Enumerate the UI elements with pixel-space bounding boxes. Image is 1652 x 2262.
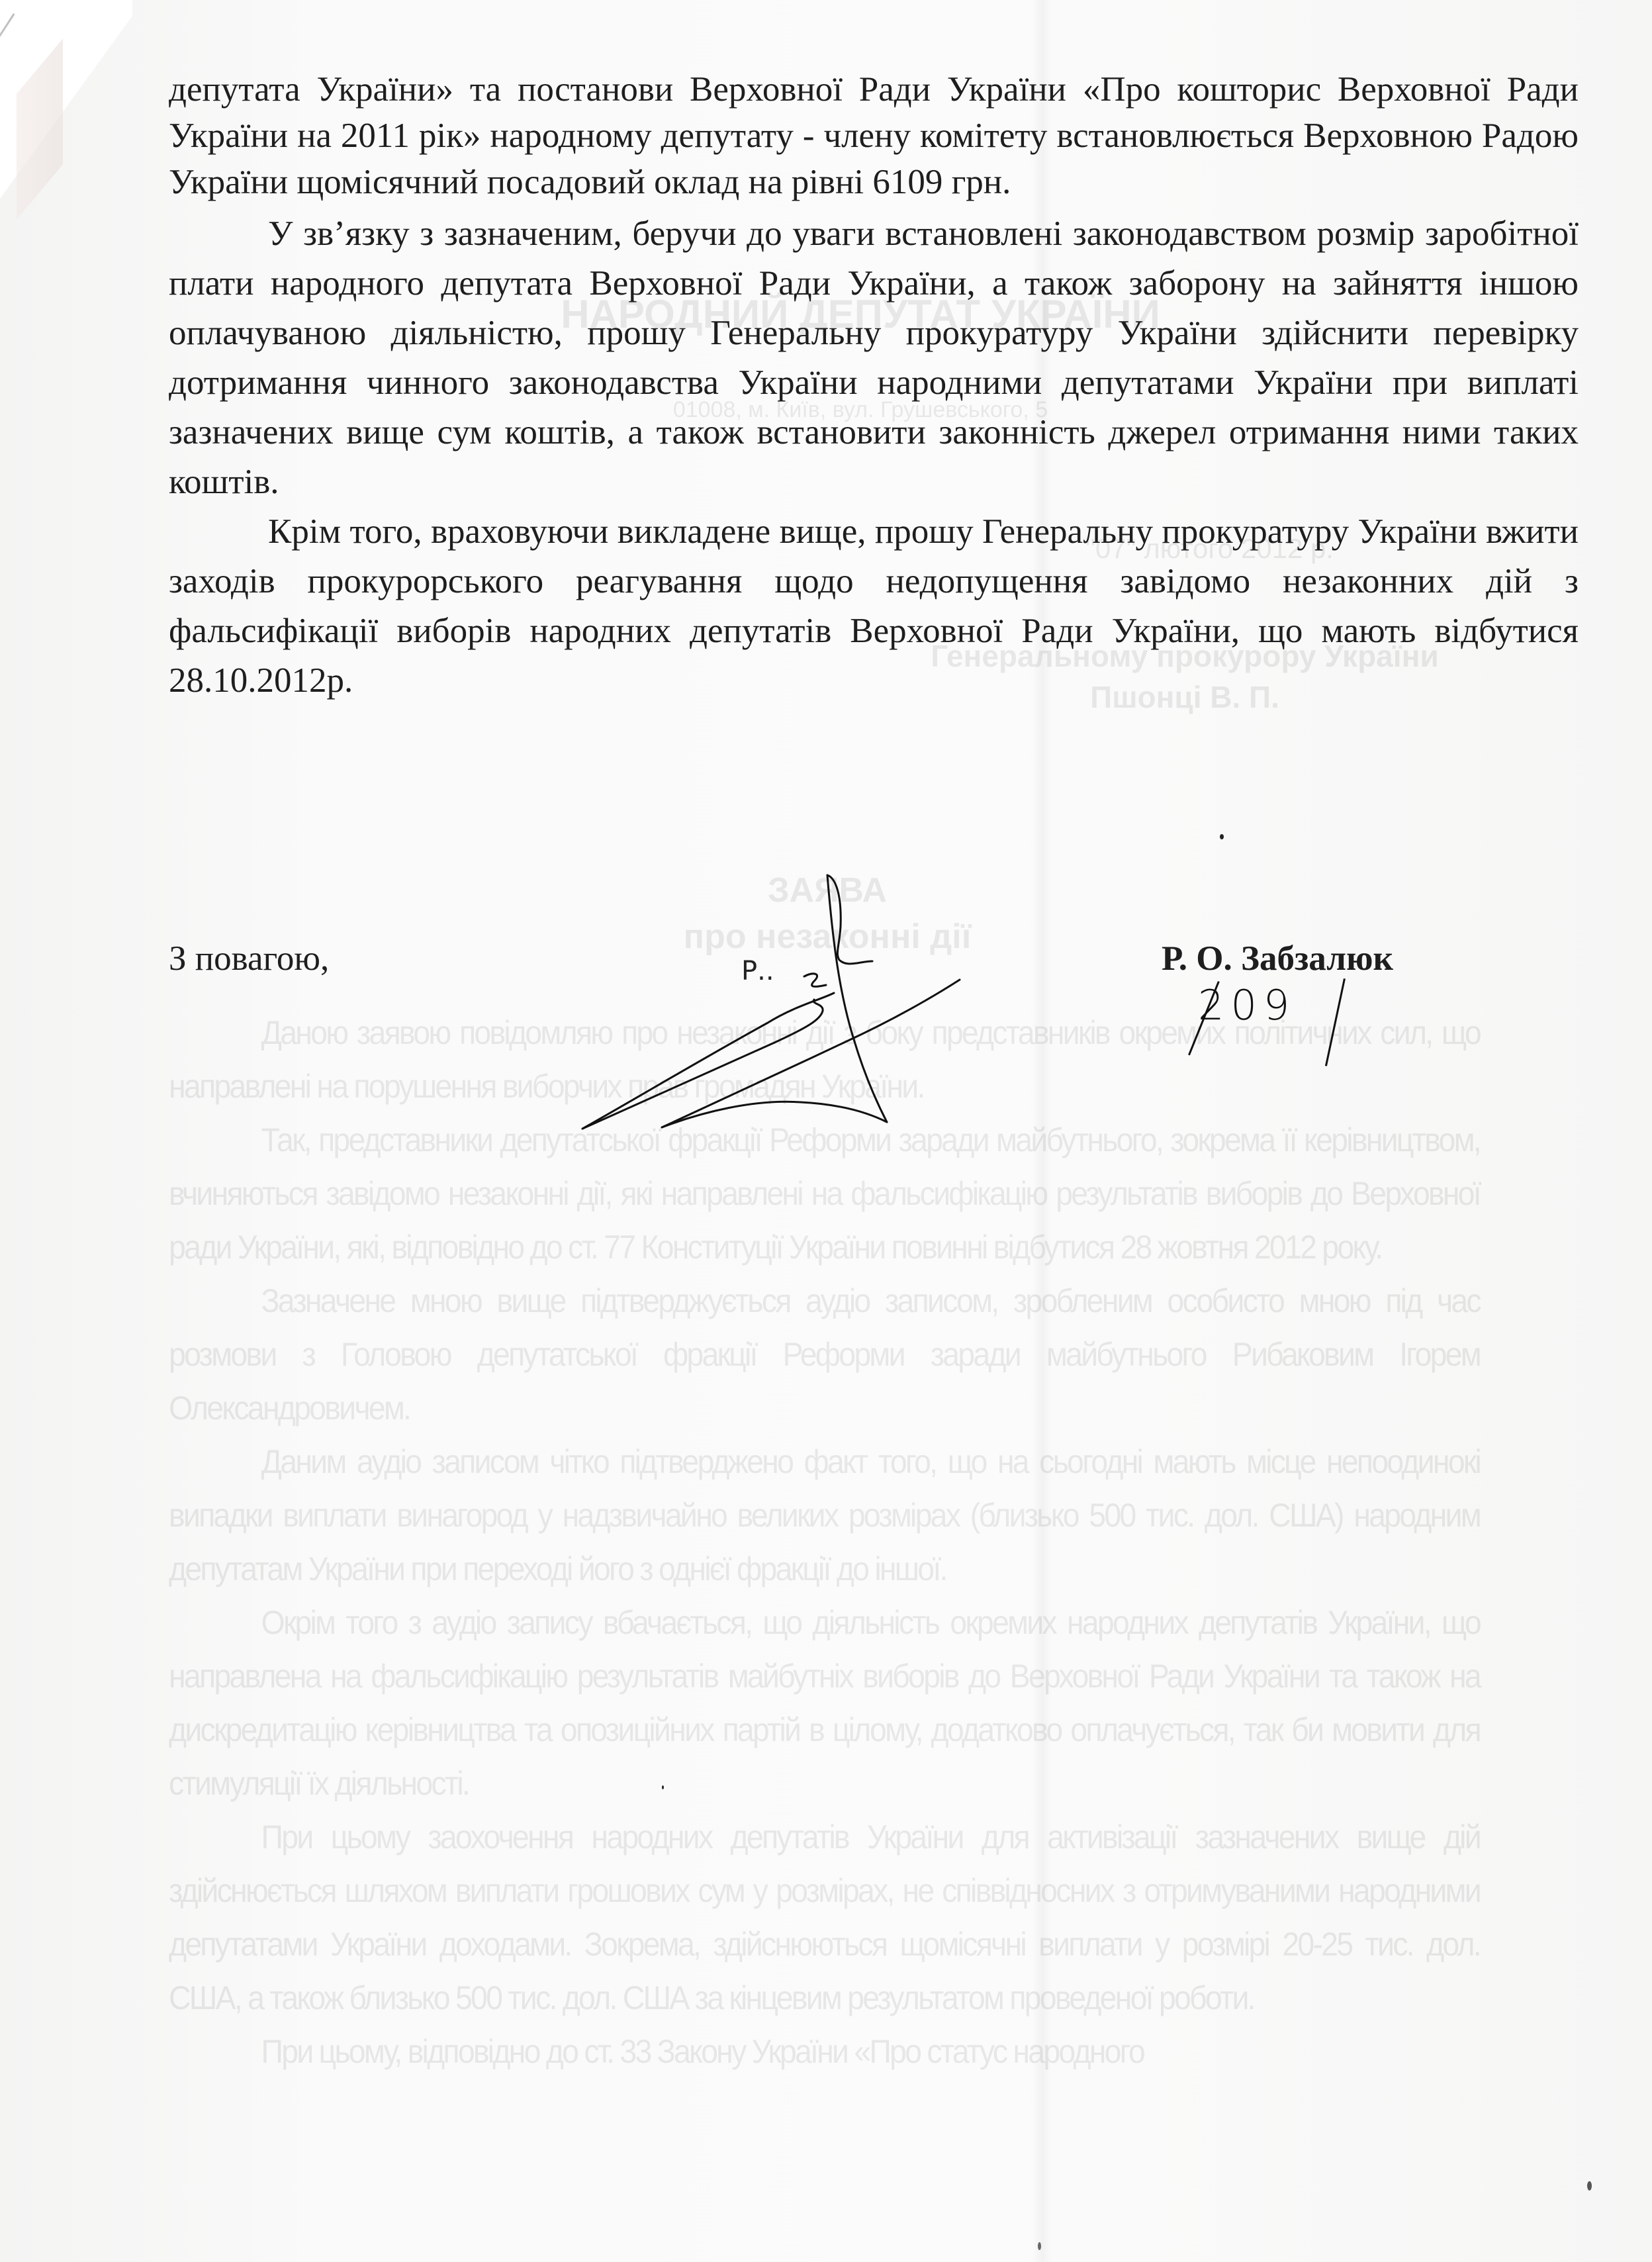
scanned-page: НАРОДНИЙ ДЕПУТАТ УКРАЇНИ 01008, м. Київ,… xyxy=(0,0,1652,2262)
scan-speck xyxy=(1038,2242,1041,2250)
signature-initials: Р.. xyxy=(741,956,774,986)
scan-speck xyxy=(1220,834,1224,839)
scan-speck xyxy=(1587,2181,1592,2191)
signature: Р.. xyxy=(0,0,1652,2262)
scan-speck xyxy=(662,1785,664,1789)
